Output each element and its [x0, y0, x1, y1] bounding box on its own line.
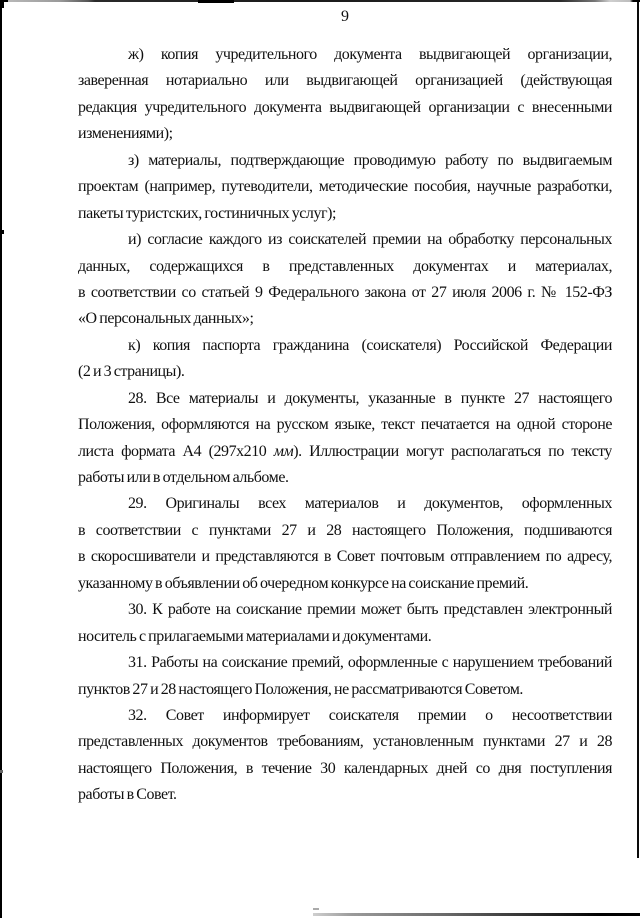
scan-speck: [0, 0, 4, 8]
text-line: 28. Все материалы и документы, указанные…: [78, 386, 612, 412]
text-segment: 29. Оригиналы всех материалов и документ…: [128, 495, 612, 512]
text-segment: пакеты туристских, гостиничных услуг);: [78, 205, 336, 222]
text-line: изменениями);: [78, 121, 612, 147]
text-segment: з) материалы, подтверждающие проводимую …: [128, 152, 612, 169]
text-segment: Положения, оформляются на русском языке,…: [78, 416, 612, 433]
paragraph: з) материалы, подтверждающие проводимую …: [78, 148, 612, 227]
scan-edge-top: [0, 0, 640, 2]
text-segment: ж) копия учредительного документа выдвиг…: [128, 46, 612, 63]
text-segment: проектам (например, путеводители, методи…: [78, 178, 612, 195]
text-segment: 30. К работе на соискание премии может б…: [128, 601, 612, 618]
text-line: пакеты туристских, гостиничных услуг);: [78, 201, 612, 227]
paragraph: 28. Все материалы и документы, указанные…: [78, 386, 612, 492]
text-line: представленных документов требованиям, у…: [78, 729, 612, 755]
text-segment: 28. Все материалы и документы, указанные…: [128, 390, 612, 407]
text-segment: «О персональных данных»;: [78, 310, 253, 327]
text-line: проектам (например, путеводители, методи…: [78, 174, 612, 200]
text-line: Положения, оформляются на русском языке,…: [78, 412, 612, 438]
text-segment: 31. Работы на соискание премий, оформлен…: [128, 654, 612, 671]
paragraph: 29. Оригиналы всех материалов и документ…: [78, 491, 612, 597]
text-line: заверенная нотариально или выдвигающей о…: [78, 68, 612, 94]
text-line: 29. Оригиналы всех материалов и документ…: [78, 491, 612, 517]
text-line: настоящего Положения, в течение 30 кален…: [78, 756, 612, 782]
text-segment: в соответствии со статьей 9 Федерального…: [78, 284, 612, 301]
text-segment: 32. Совет информирует соискателя премии …: [128, 707, 612, 724]
text-segment: носитель с прилагаемыми материалами и до…: [78, 628, 431, 645]
document-body: ж) копия учредительного документа выдвиг…: [78, 42, 612, 809]
text-segment: листа формата А4 (297х210: [78, 443, 274, 460]
paragraph: 31. Работы на соискание премий, оформлен…: [78, 650, 612, 703]
text-segment: заверенная нотариально или выдвигающей о…: [78, 72, 612, 89]
text-segment: изменениями);: [78, 125, 173, 142]
paragraph: ж) копия учредительного документа выдвиг…: [78, 42, 612, 148]
scan-edge-top-blob: [198, 0, 234, 3]
text-segment: пунктов 27 и 28 настоящего Положения, не…: [78, 681, 523, 698]
text-segment: и) согласие каждого из соискателей преми…: [128, 231, 612, 248]
page-number: 9: [78, 4, 612, 30]
text-line: «О персональных данных»;: [78, 306, 612, 332]
text-line: ж) копия учредительного документа выдвиг…: [78, 42, 612, 68]
text-line: указанному в объявлении об очередном кон…: [78, 571, 612, 597]
text-line: листа формата А4 (297х210 мм). Иллюстрац…: [78, 439, 612, 465]
scanned-document-page: 9 ж) копия учредительного документа выдв…: [0, 0, 640, 918]
text-segment: редакция учредительного документа выдвиг…: [78, 99, 612, 116]
text-line: 32. Совет информирует соискателя премии …: [78, 703, 612, 729]
text-segment: в соответствии с пунктами 27 и 28 настоя…: [78, 522, 612, 539]
text-line: в соответствии с пунктами 27 и 28 настоя…: [78, 518, 612, 544]
paragraph: к) копия паспорта гражданина (соискателя…: [78, 333, 612, 386]
text-line: пунктов 27 и 28 настоящего Положения, не…: [78, 677, 612, 703]
text-segment: (2 и 3 страницы).: [78, 363, 184, 380]
text-line: в скоросшиватели и представляются в Сове…: [78, 544, 612, 570]
text-segment: данных, содержащихся в представленных до…: [78, 258, 612, 275]
text-line: редакция учредительного документа выдвиг…: [78, 95, 612, 121]
text-line: работы в Совет.: [78, 782, 612, 808]
scan-edge-right: [637, 2, 639, 858]
scan-speck: [0, 770, 3, 773]
scan-edge-bottom-strip: [313, 913, 640, 916]
text-line: з) материалы, подтверждающие проводимую …: [78, 148, 612, 174]
paragraph: 32. Совет информирует соискателя премии …: [78, 703, 612, 809]
text-segment: работы в Совет.: [78, 786, 177, 803]
scan-speck: [0, 230, 4, 234]
text-line: и) согласие каждого из соискателей преми…: [78, 227, 612, 253]
text-segment: в скоросшиватели и представляются в Сове…: [78, 548, 612, 565]
text-segment: ). Иллюстрации могут располагаться по те…: [293, 443, 612, 460]
paragraph: 30. К работе на соискание премии может б…: [78, 597, 612, 650]
italic-text-segment: мм: [274, 443, 294, 460]
text-line: (2 и 3 страницы).: [78, 359, 612, 385]
text-segment: указанному в объявлении об очередном кон…: [78, 575, 528, 592]
scan-speck: [313, 908, 319, 910]
text-line: работы или в отдельном альбоме.: [78, 465, 612, 491]
text-line: 30. К работе на соискание премии может б…: [78, 597, 612, 623]
paragraph: и) согласие каждого из соискателей преми…: [78, 227, 612, 333]
text-segment: работы или в отдельном альбоме.: [78, 469, 289, 486]
scan-edge-left: [0, 0, 2, 918]
text-segment: настоящего Положения, в течение 30 кален…: [78, 760, 612, 777]
text-line: в соответствии со статьей 9 Федерального…: [78, 280, 612, 306]
text-line: к) копия паспорта гражданина (соискателя…: [78, 333, 612, 359]
text-segment: к) копия паспорта гражданина (соискателя…: [128, 337, 612, 354]
text-line: носитель с прилагаемыми материалами и до…: [78, 624, 612, 650]
text-segment: представленных документов требованиям, у…: [78, 733, 612, 750]
text-line: 31. Работы на соискание премий, оформлен…: [78, 650, 612, 676]
text-line: данных, содержащихся в представленных до…: [78, 254, 612, 280]
